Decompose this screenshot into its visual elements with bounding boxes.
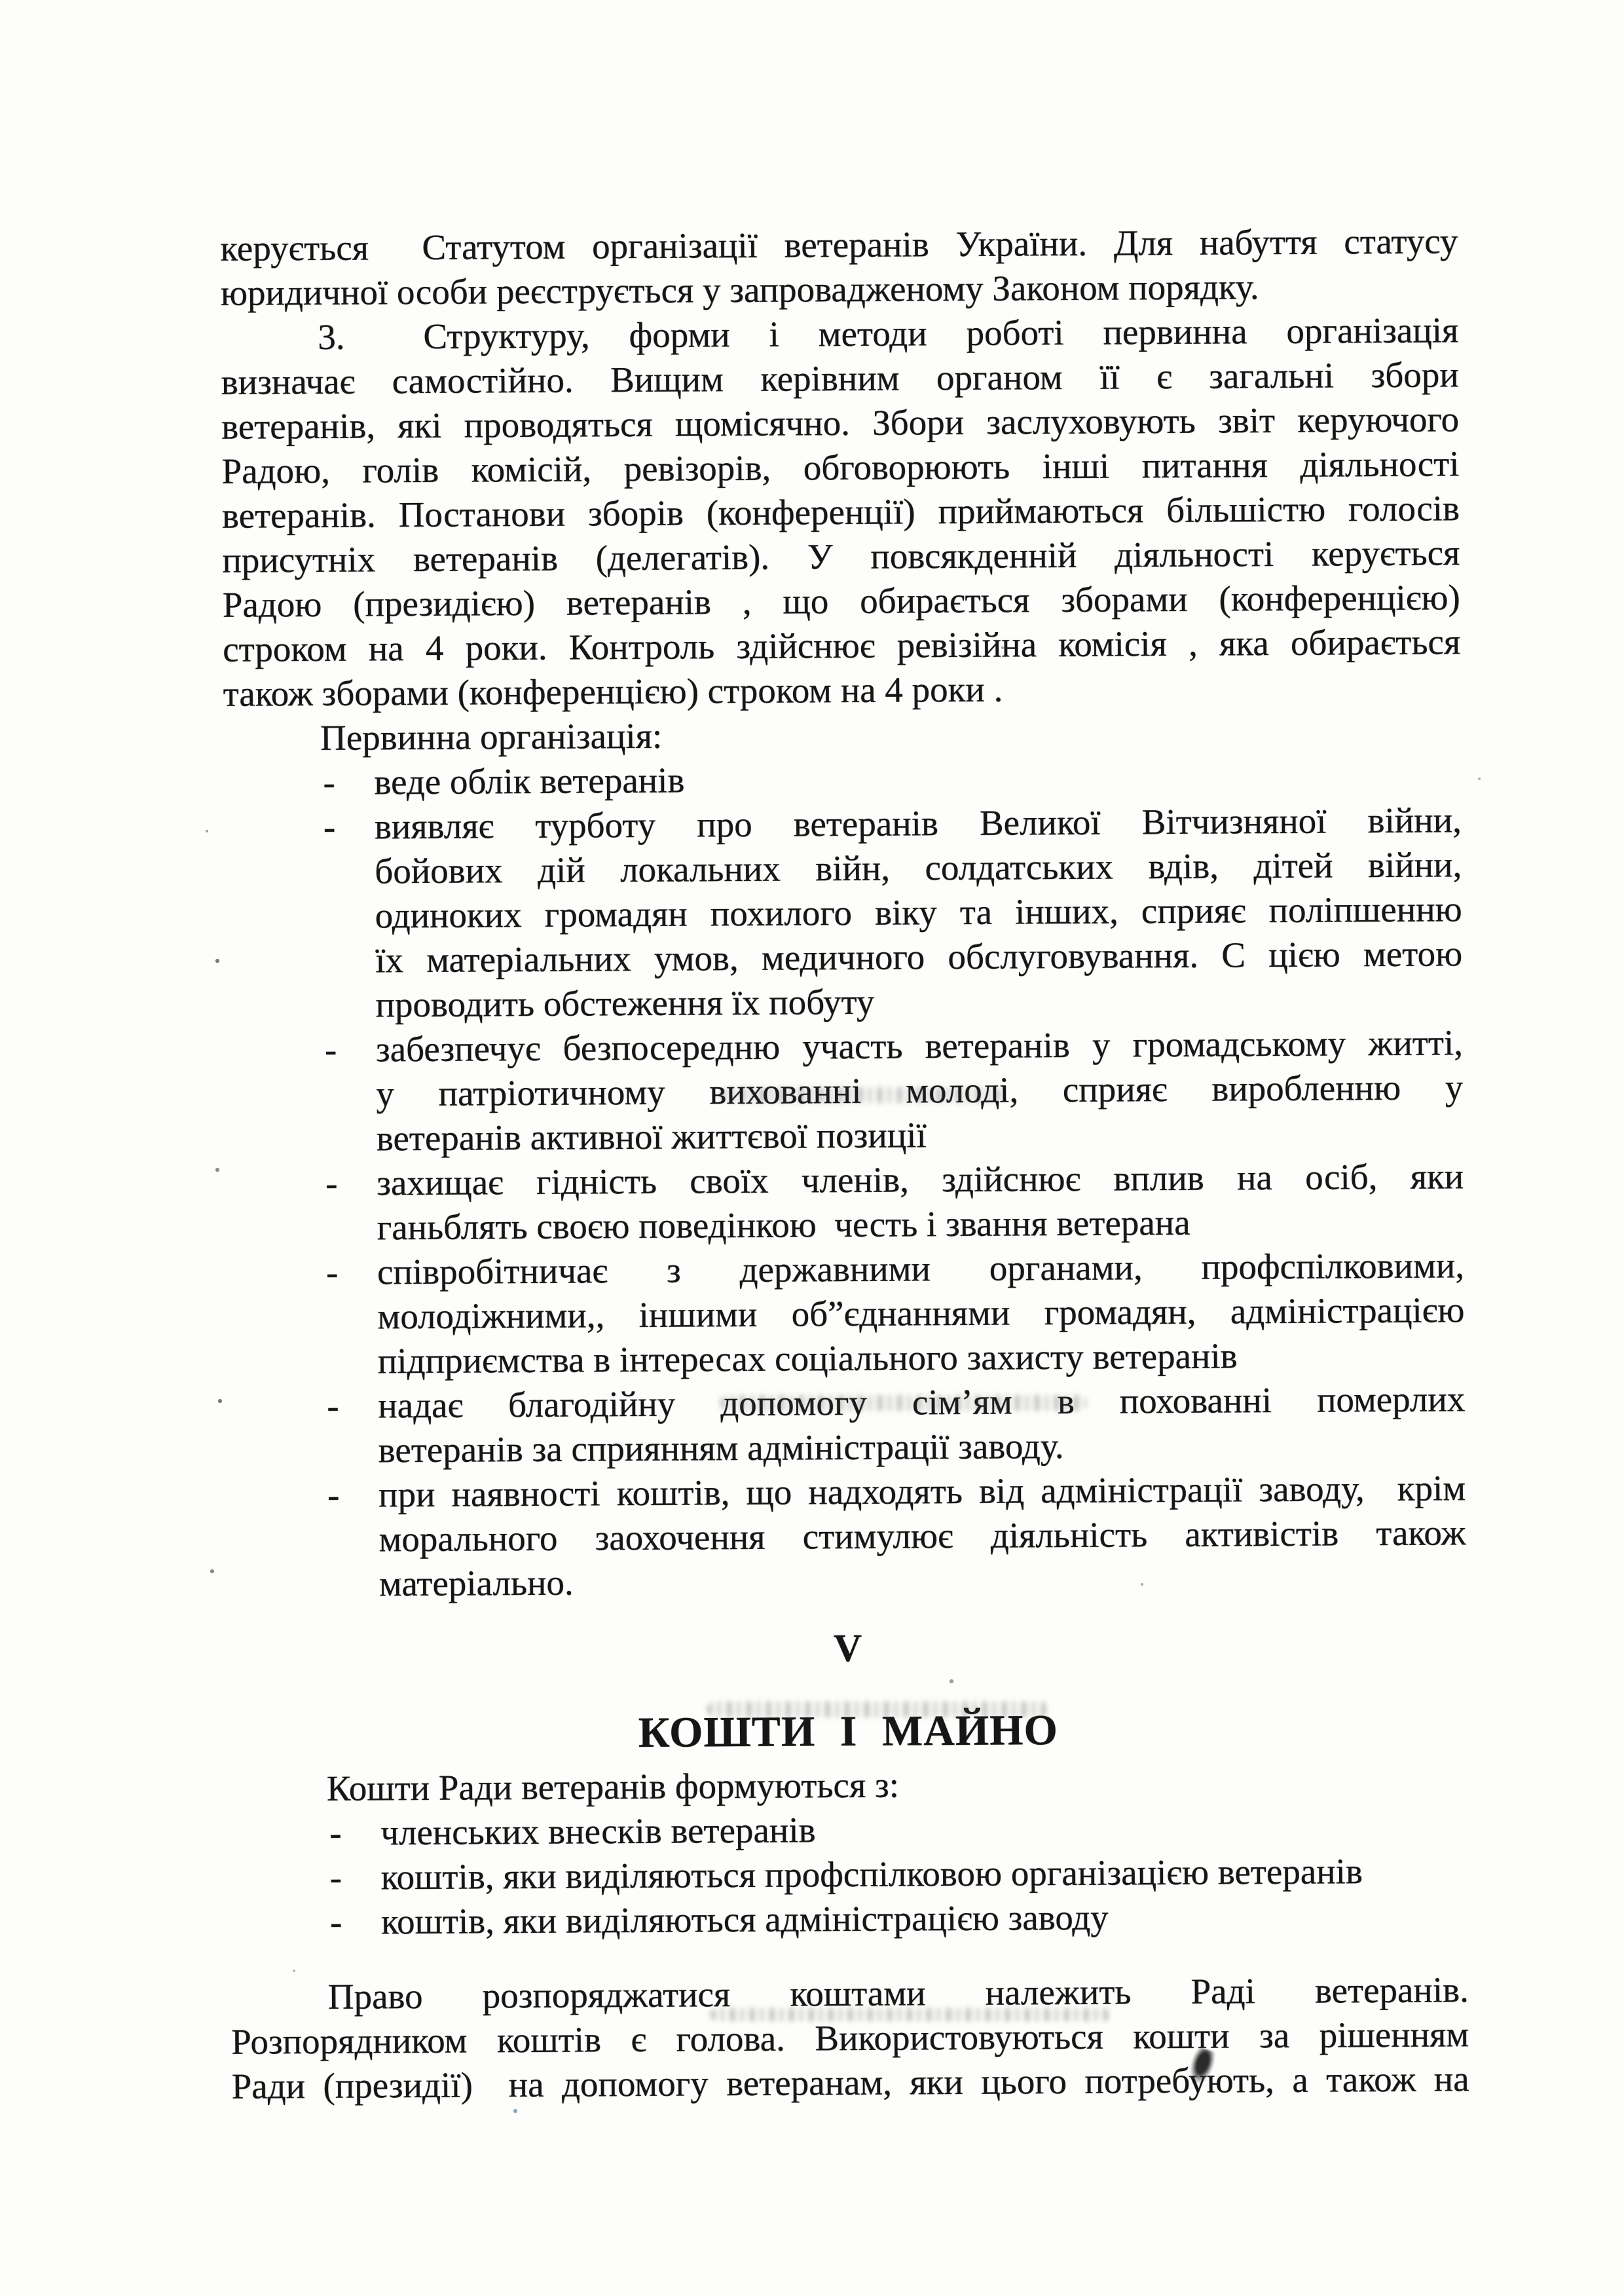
ink-smudge <box>707 1702 1048 1717</box>
list-item-line: -коштів, яки виділяються профспілковою о… <box>230 1848 1467 1901</box>
list-dash: - <box>323 805 336 849</box>
text-run: молодіжними,, іншими об”єднаннями громад… <box>377 1290 1464 1336</box>
text-run: матеріально. <box>379 1563 574 1604</box>
text-run: строком на 4 роки. Контроль здійснює рев… <box>223 622 1460 669</box>
list-dash: - <box>327 1473 340 1518</box>
text-line: Кошти Ради ветеранів формуються з: <box>230 1759 1467 1812</box>
list-item-line: -веде облік ветеранів <box>223 753 1461 806</box>
list-item-line: -коштів, яки виділяються адміністрацією … <box>231 1893 1468 1945</box>
document-page: керується Статутом організації ветеранів… <box>0 0 1624 2295</box>
list-dash: - <box>326 1250 339 1295</box>
list-dash: - <box>325 1028 337 1072</box>
text-run: ганьблять своєю поведінкою честь і званн… <box>377 1203 1190 1248</box>
text-run: захищає гідність своїх членів, здійснює … <box>377 1156 1464 1203</box>
text-run: Розпорядником коштів є голова. Використо… <box>231 2014 1469 2062</box>
text-line: також зборами (конференцією) строком на … <box>223 664 1460 717</box>
text-line: ветеранів, які проводяться щомісячно. Зб… <box>221 397 1459 449</box>
text-line: матеріально. <box>229 1555 1466 1607</box>
text-run: забезпечує безпосередню участь ветеранів… <box>376 1022 1463 1069</box>
text-line: бойових дій локальних війн, солдатських … <box>224 842 1462 895</box>
text-run: ветеранів активної життєвої позиції <box>377 1115 927 1158</box>
text-run: одиноких громадян похилого віку та інших… <box>375 889 1462 935</box>
document-text-block: керується Статутом організації ветеранів… <box>220 219 1469 2108</box>
text-run: ветеранів за сприянням адміністрації зав… <box>378 1426 1063 1470</box>
list-dash: - <box>325 1161 338 1206</box>
text-run: морального заохочення стимулює діяльніст… <box>378 1512 1466 1559</box>
text-line: одиноких громадян похилого віку та інших… <box>224 887 1462 939</box>
text-line: юридичної особи реєструється у запровадж… <box>221 263 1458 316</box>
text-line: Первинна організація: <box>223 709 1461 761</box>
text-run: Ради (президії) на допомогу ветеранам, я… <box>231 2059 1469 2106</box>
list-dash: - <box>323 760 335 805</box>
text-run: керується Статутом організації ветеранів… <box>220 221 1458 269</box>
text-run: також зборами (конференцією) строком на … <box>223 669 1003 714</box>
text-run: коштів, яки виділяються профспілковою ор… <box>380 1851 1363 1897</box>
text-line: ветеранів. Постанови зборів (конференції… <box>222 486 1460 538</box>
ink-smudge <box>710 2008 1110 2021</box>
text-run: 3. Структуру, форми і методи роботі перв… <box>318 310 1458 357</box>
list-item-line: -членських внесків ветеранів <box>230 1804 1467 1856</box>
text-line: строком на 4 роки. Контроль здійснює рев… <box>223 620 1460 672</box>
text-line: ветеранів за сприянням адміністрації зав… <box>227 1421 1465 1474</box>
text-run: проводить обстеження їх побуту <box>375 982 874 1025</box>
text-run: ветеранів, які проводяться щомісячно. Зб… <box>221 399 1459 447</box>
text-line: 3. Структуру, форми і методи роботі перв… <box>221 308 1458 360</box>
ink-smudge <box>720 1395 1087 1411</box>
text-line: проводить обстеження їх побуту <box>225 976 1462 1028</box>
list-item-line: -забезпечує безпосередню участь ветерані… <box>225 1020 1463 1073</box>
text-line: Радою, голів комісій, ревізорів, обговор… <box>221 441 1459 494</box>
text-run: Радою (президією) ветеранів , що обираєт… <box>223 577 1460 625</box>
list-item-line: -виявляє турботу про ветеранів Великої В… <box>224 798 1462 850</box>
text-run: членських внесків ветеранів <box>380 1810 816 1852</box>
text-run: визначає самостійно. Вищим керівним орга… <box>221 354 1459 402</box>
text-run: веде облік ветеранів <box>374 760 684 802</box>
text-line: Ради (президії) на допомогу ветеранам, я… <box>231 2057 1469 2109</box>
text-run: при наявності коштів, що надходять від а… <box>378 1468 1466 1514</box>
list-item-line: -співробітничає з державними органами, п… <box>227 1243 1464 1296</box>
text-run: V <box>834 1626 862 1670</box>
section-number: V <box>229 1622 1466 1674</box>
list-dash: - <box>329 1856 342 1900</box>
text-line: визначає самостійно. Вищим керівним орга… <box>221 352 1458 405</box>
text-run: Кошти Ради ветеранів формуються з: <box>327 1765 899 1808</box>
ink-smudge <box>720 1087 1002 1103</box>
text-run: ветеранів. Постанови зборів (конференції… <box>222 488 1460 536</box>
list-dash: - <box>329 1811 342 1856</box>
scan-speckles <box>0 0 1 1</box>
text-line: морального заохочення стимулює діяльніст… <box>228 1510 1466 1563</box>
text-line: керується Статутом організації ветеранів… <box>220 219 1458 271</box>
text-line: молодіжними,, іншими об”єднаннями громад… <box>227 1288 1464 1340</box>
text-run: бойових дій локальних війн, солдатських … <box>375 844 1462 891</box>
text-line: їх матеріальних умов, медичного обслугов… <box>225 931 1462 984</box>
list-dash: - <box>330 1900 342 1945</box>
text-run: юридичної особи реєструється у запровадж… <box>221 267 1259 313</box>
text-run: співробітничає з державними органами, пр… <box>377 1245 1464 1292</box>
text-line: ганьблять своєю поведінкою честь і званн… <box>226 1199 1464 1251</box>
text-run: виявляє турботу про ветеранів Великої Ві… <box>375 800 1462 846</box>
text-run: підприємства в інтересах соціального зах… <box>378 1335 1238 1381</box>
text-run: присутніх ветеранів (делегатів). У повся… <box>222 532 1460 580</box>
text-run: Первинна організація: <box>320 716 663 758</box>
list-dash: - <box>327 1384 339 1428</box>
list-item-line: -захищає гідність своїх членів, здійснює… <box>226 1154 1464 1206</box>
text-line: присутніх ветеранів (делегатів). У повся… <box>222 531 1460 583</box>
text-line: підприємства в інтересах соціального зах… <box>227 1332 1465 1385</box>
list-item-line: -при наявності коштів, що надходять від … <box>228 1466 1466 1518</box>
text-run: коштів, яки виділяються адміністрацією з… <box>381 1897 1109 1942</box>
text-line: Радою (президією) ветеранів , що обираєт… <box>223 575 1460 627</box>
text-run: Радою, голів комісій, ревізорів, обговор… <box>221 443 1459 491</box>
text-line: ветеранів активної життєвої позиції <box>226 1110 1464 1162</box>
text-run: їх матеріальних умов, медичного обслугов… <box>375 933 1462 980</box>
